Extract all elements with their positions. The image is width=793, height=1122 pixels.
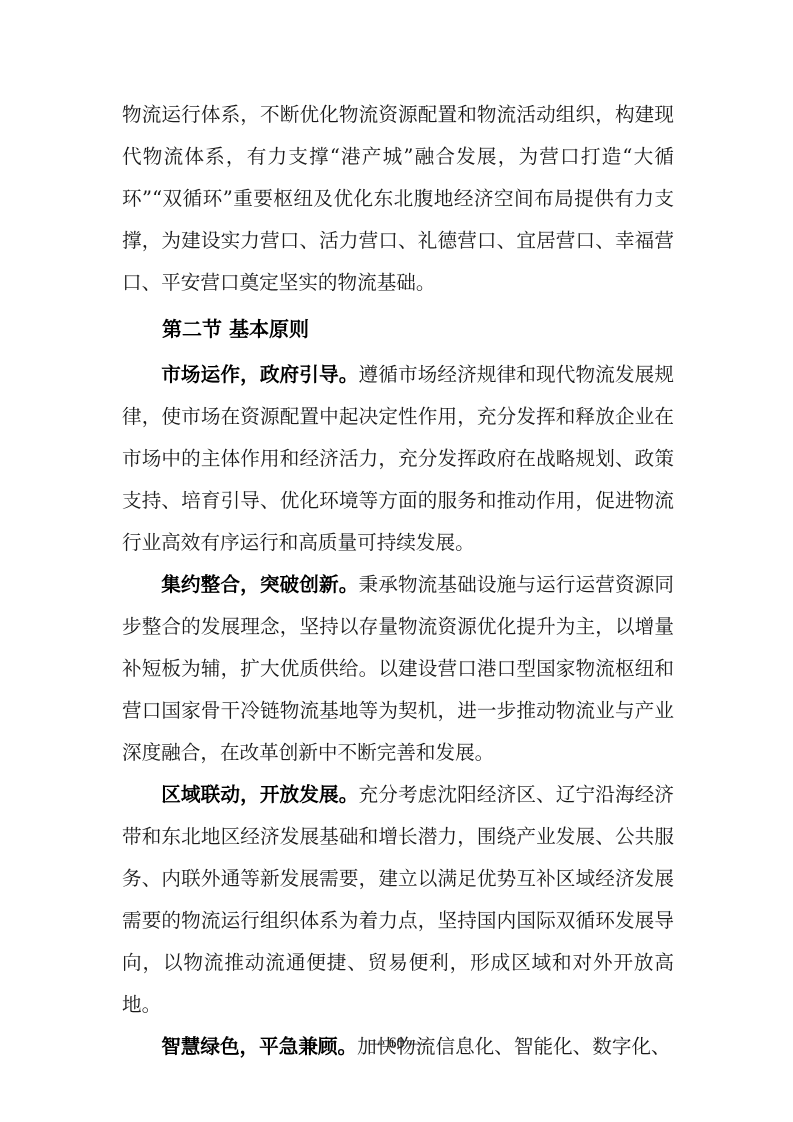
principle-paragraph-regional: 区域联动，开放发展。充分考虑沈阳经济区、辽宁沿海经济带和东北地区经济发展基础和增… — [122, 774, 674, 1026]
principle-title: 集约整合，突破创新。 — [161, 573, 358, 596]
document-page: 物流运行体系，不断优化物流资源配置和物流活动组织，构建现代物流体系，有力支撑“港… — [0, 0, 793, 1122]
section-heading: 第二节 基本原则 — [122, 308, 674, 350]
principle-title: 市场运作，政府引导。 — [161, 363, 358, 386]
principle-text: 遵循市场经济规律和现代物流发展规律，使市场在资源配置中起决定性作用，充分发挥和释… — [122, 363, 674, 554]
page-body: 物流运行体系，不断优化物流资源配置和物流活动组织，构建现代物流体系，有力支撑“港… — [122, 94, 674, 1068]
principle-text: 秉承物流基础设施与运行运营资源同步整合的发展理念，坚持以存量物流资源优化提升为主… — [122, 573, 674, 764]
continuation-paragraph: 物流运行体系，不断优化物流资源配置和物流活动组织，构建现代物流体系，有力支撑“港… — [122, 94, 674, 304]
principle-paragraph-market: 市场运作，政府引导。遵循市场经济规律和现代物流发展规律，使市场在资源配置中起决定… — [122, 354, 674, 564]
page-number: — 60 — — [0, 1035, 793, 1053]
principle-title: 区域联动，开放发展。 — [161, 783, 358, 806]
principle-paragraph-integration: 集约整合，突破创新。秉承物流基础设施与运行运营资源同步整合的发展理念，坚持以存量… — [122, 564, 674, 774]
principle-text: 充分考虑沈阳经济区、辽宁沿海经济带和东北地区经济发展基础和增长潜力，围绕产业发展… — [122, 783, 674, 1016]
